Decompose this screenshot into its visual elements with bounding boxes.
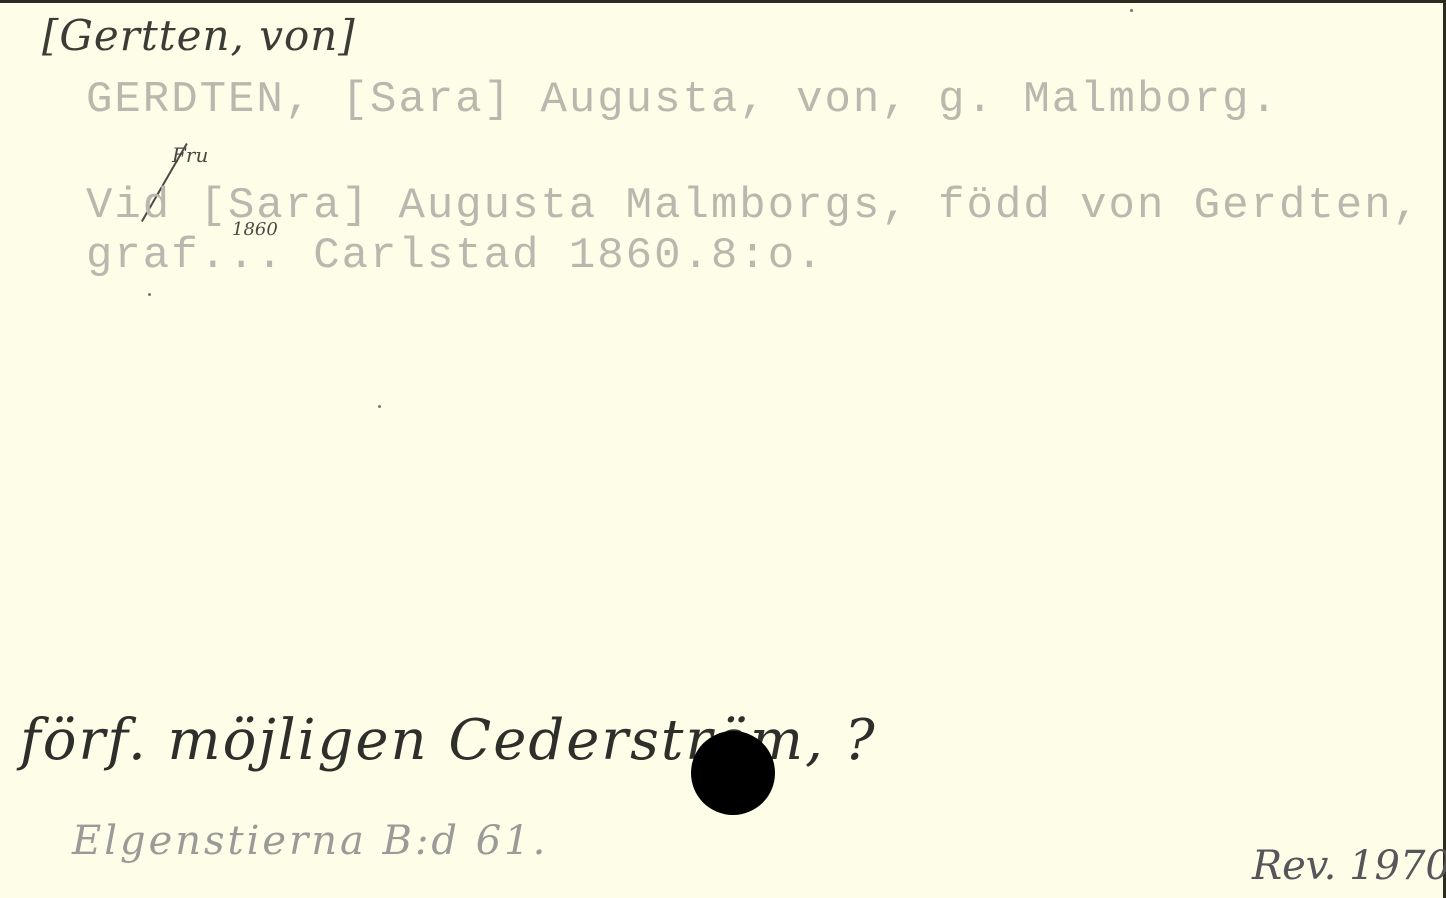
punch-hole	[691, 731, 775, 815]
handwritten-heading: [Gertten, von]	[42, 11, 356, 60]
typed-body-line-2: graf... Carlstad 1860.8:o.	[86, 231, 825, 281]
insertion-fru: Fru	[172, 143, 208, 167]
paper-speck	[378, 405, 381, 408]
handwritten-source-note: Elgenstierna B:d 61.	[72, 818, 548, 864]
paper-speck	[1130, 9, 1133, 12]
revision-note: Rev. 1970	[1252, 843, 1446, 889]
catalog-card: [Gertten, von] GERDTEN, [Sara] Augusta, …	[0, 0, 1446, 898]
paper-speck	[148, 293, 151, 296]
typed-body-line-1: Vid [Sara] Augusta Malmborgs, född von G…	[86, 181, 1421, 231]
typed-heading: GERDTEN, [Sara] Augusta, von, g. Malmbor…	[86, 75, 1279, 125]
